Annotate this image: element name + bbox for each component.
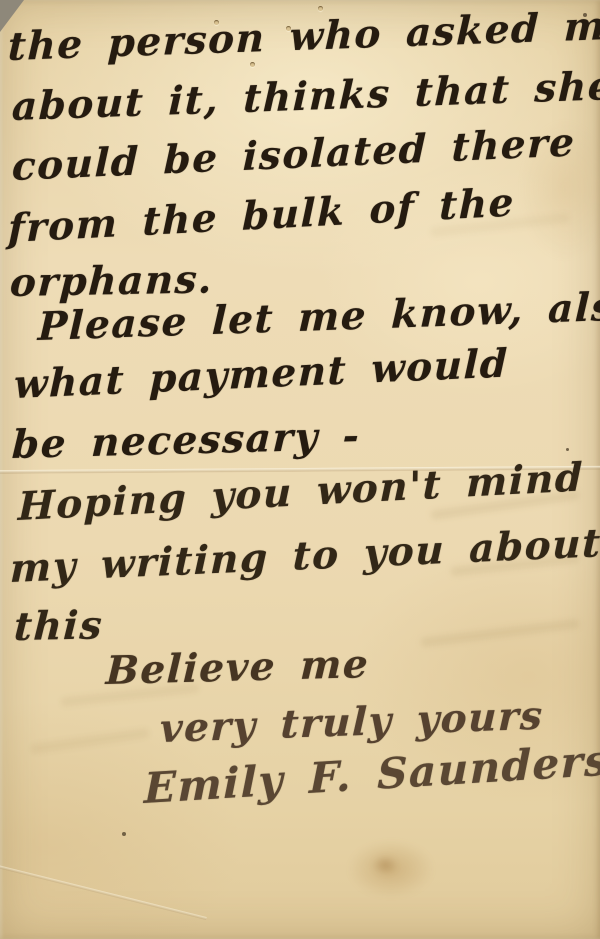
letter-line: could be isolated there [11, 119, 576, 190]
letter-line: about it, thinks that she [11, 63, 600, 130]
ink-speck [566, 448, 569, 451]
ink-speck [122, 832, 126, 836]
letter-line: be necessary - [11, 413, 361, 468]
show-through-mark [30, 728, 150, 755]
corner-crease [0, 859, 207, 920]
pinhole [318, 6, 323, 11]
pinhole [250, 62, 255, 67]
closing-line: Believe me [105, 641, 370, 694]
letter-line: Hoping you won't mind [18, 454, 584, 530]
letter-line: what payment would [13, 340, 509, 408]
letter-page: the person who asked me about it, thinks… [0, 0, 600, 939]
stain [372, 855, 398, 875]
letter-line: my writing to you about- [9, 519, 600, 592]
letter-line: the person who asked me [7, 2, 600, 70]
letter-line: from the bulk of the [8, 179, 516, 252]
letter-line: this [13, 602, 105, 650]
show-through-mark [420, 618, 580, 647]
